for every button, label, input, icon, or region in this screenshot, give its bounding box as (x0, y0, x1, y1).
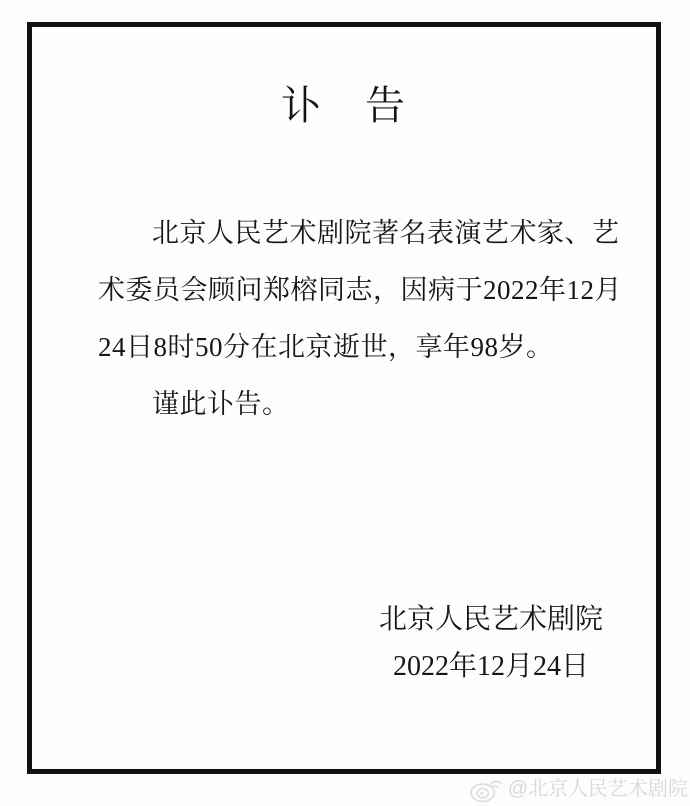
body-line-1: 北京人民艺术剧院著名表演艺术家、艺 (98, 205, 610, 262)
signature-org: 北京人民艺术剧院 (341, 596, 641, 643)
body-line-3: 24日8时50分在北京逝世，享年98岁。 (98, 319, 610, 376)
notice-title: 讣 告 (27, 82, 661, 130)
notice-body: 北京人民艺术剧院著名表演艺术家、艺 术委员会顾问郑榕同志，因病于2022年12月… (98, 205, 610, 433)
watermark-text: @北京人民艺术剧院 (508, 775, 688, 803)
signature-date: 2022年12月24日 (341, 643, 641, 690)
body-line-closing: 谨此讣告。 (98, 376, 610, 433)
body-line-2: 术委员会顾问郑榕同志，因病于2022年12月 (98, 262, 610, 319)
signature-block: 北京人民艺术剧院 2022年12月24日 (341, 596, 641, 690)
watermark: @北京人民艺术剧院 (469, 775, 688, 803)
obituary-notice-page: 讣 告 北京人民艺术剧院著名表演艺术家、艺 术委员会顾问郑榕同志，因病于2022… (0, 0, 690, 806)
weibo-icon (469, 775, 503, 803)
